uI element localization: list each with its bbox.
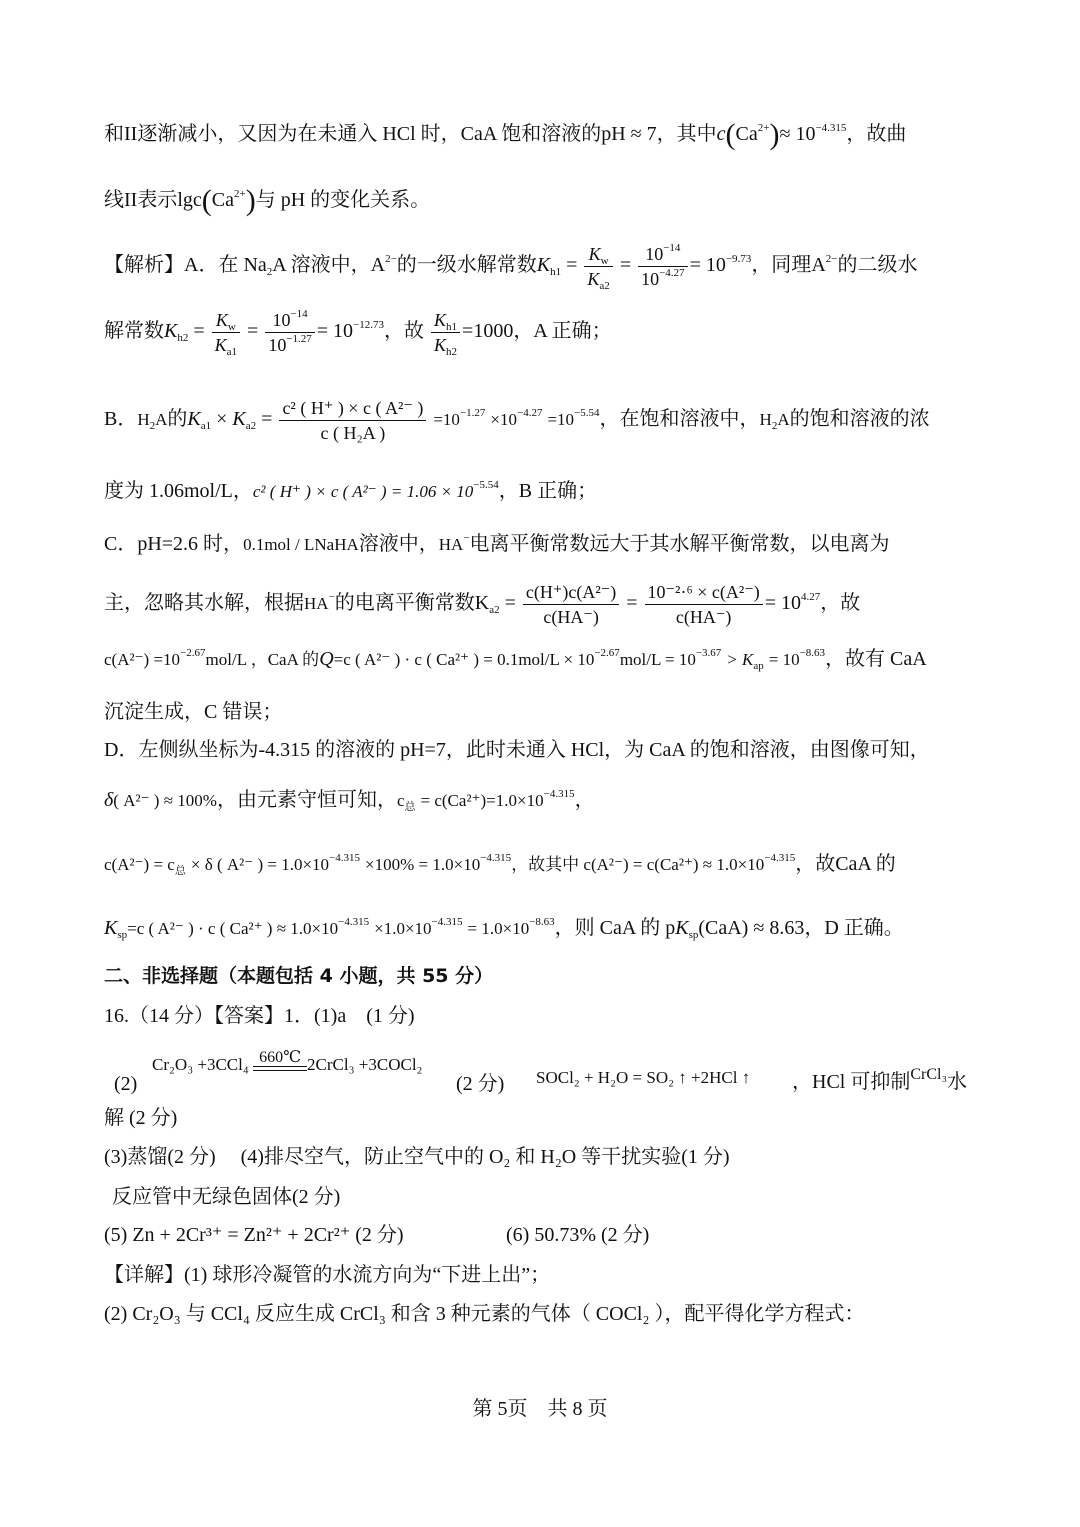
- text: ，A 正确；: [513, 320, 611, 342]
- fraction: 10−1410−1.27: [265, 308, 314, 357]
- analysis-c-line1: C．pH=2.6 时，0.1mol / LNaHA溶液中，HA−电离平衡常数远大…: [104, 530, 980, 559]
- equation-2: SOCl₂ + H₂O = SO₂ ↑ +2HCl ↑: [536, 1064, 750, 1092]
- math: Ca: [736, 123, 758, 145]
- text: ，故有 CaA: [825, 648, 927, 670]
- score: (2 分): [456, 1070, 504, 1098]
- sup: 2+: [234, 188, 246, 200]
- math: δ: [104, 789, 113, 811]
- denominator: c(HA⁻): [645, 605, 763, 629]
- analysis-a-line2: 解常数Kh2 = KwKa1 = 10−1410−1.27= 10−12.73，…: [104, 308, 980, 357]
- math: 10: [641, 269, 659, 289]
- page-number: 第 5页: [473, 1398, 528, 1420]
- text: 水: [947, 1071, 967, 1093]
- text: 和II逐渐减小，又因为在未通入 HCl 时，CaA 饱和溶液的: [104, 123, 601, 145]
- sub: a2: [246, 420, 256, 432]
- text: ，故: [820, 592, 860, 614]
- sub: ap: [753, 660, 763, 672]
- math: HA: [439, 535, 464, 554]
- eq-left: Cr₂O₃ +3CCl₄: [152, 1055, 249, 1074]
- text: 电离平衡常数远大于其水解平衡常数，以电离为: [470, 533, 890, 555]
- sup: −4.315: [480, 852, 511, 864]
- fraction: c² ( H⁺ ) × c ( A²⁻ )c ( H₂A ): [279, 396, 426, 445]
- math: K: [587, 269, 599, 289]
- sub: 总: [405, 801, 416, 813]
- sup: −2.67: [180, 647, 205, 659]
- math: =10: [433, 410, 460, 429]
- text: 解 (2 分): [104, 1107, 177, 1129]
- sub: a1: [201, 420, 211, 432]
- math: A: [811, 254, 825, 276]
- sub: h1: [550, 266, 561, 278]
- fraction: Kh1Kh2: [431, 308, 460, 357]
- math: ，故其中 c(A²⁻) = c(Ca²⁺) ≈ 1.0×10: [511, 855, 764, 874]
- text: ，D 正确。: [804, 917, 903, 939]
- denominator: c ( H₂A ): [279, 421, 426, 445]
- math: ×10: [490, 410, 517, 429]
- text: 解常数: [104, 320, 164, 342]
- part-label: (2): [114, 1070, 137, 1098]
- q16-part2-cont: 解 (2 分): [104, 1104, 980, 1132]
- sup: −4.27: [659, 267, 684, 279]
- page-footer: 第 5页 共 8 页: [0, 1392, 1080, 1421]
- sup: −1.27: [286, 333, 311, 345]
- sup: −14: [663, 242, 680, 254]
- sup: −14: [290, 308, 307, 320]
- math: ×100% = 1.0×10: [365, 855, 480, 874]
- page-total: 共 8 页: [548, 1398, 608, 1420]
- text: ，故CaA 的: [795, 853, 896, 875]
- math: c(A²⁻) =10: [104, 650, 180, 669]
- analysis-d-line2: δ( A²⁻ ) ≈ 100%，由元素守恒可知，c总 = c(Ca²⁺)=1.0…: [104, 786, 980, 815]
- sup: −5.54: [473, 479, 498, 491]
- sup: −4.315: [329, 852, 360, 864]
- math: 10: [268, 335, 286, 355]
- analysis-c-line2: 主，忽略其水解，根据HA−的电离平衡常数Ka2 = c(H⁺)c(A²⁻)c(H…: [104, 580, 980, 629]
- text: 的: [167, 408, 187, 430]
- sup: −8.63: [800, 647, 825, 659]
- math: H: [137, 410, 149, 429]
- equation-1: Cr₂O₃ +3CCl₄ 660℃2CrCl₃ +3COCl₂: [152, 1050, 422, 1079]
- sub: sp: [117, 929, 127, 941]
- analysis-b-line1: B．H2A的Ka1 × Ka2 = c² ( H⁺ ) × c ( A²⁻ )c…: [104, 396, 980, 445]
- math: × δ ( A²⁻ ) = 1.0×10: [191, 855, 329, 874]
- text: mol/L ，CaA 的: [206, 650, 320, 669]
- math: 10: [645, 244, 663, 264]
- sup: −4.315: [764, 852, 795, 864]
- text: 沉淀生成，C 错误；: [104, 701, 282, 723]
- sup: −2.67: [594, 647, 619, 659]
- sup: 2+: [758, 122, 770, 134]
- text: 【详解】(1) 球形冷凝管的水流方向为“下进上出”；: [104, 1264, 550, 1286]
- math: Q: [319, 648, 333, 670]
- numerator: c(H⁺)c(A²⁻): [523, 580, 619, 605]
- math: K: [537, 254, 550, 276]
- p2-text: ，HCl 可抑制CrCl₃水: [792, 1068, 967, 1096]
- section-title: 二、非选择题（本题包括 4 小题，共 55 分）: [104, 965, 493, 987]
- text: D．左侧纵坐标为-4.315 的溶液的 pH=7，此时未通入 HCl，为 CaA…: [104, 739, 930, 761]
- fraction: KwKa2: [584, 242, 612, 291]
- math: ( A²⁻ ) ≈ 100%: [113, 791, 217, 810]
- math: K: [216, 310, 228, 330]
- denominator: c(HA⁻): [523, 605, 619, 629]
- text: 溶液中，: [359, 533, 439, 555]
- math: ×1.0×10: [374, 919, 431, 938]
- math: =10: [547, 410, 574, 429]
- text: ，B 正确；: [499, 480, 597, 502]
- analysis-d-line4: Ksp=c ( A²⁻ ) · c ( Ca²⁺ ) ≈ 1.0×10−4.31…: [104, 914, 980, 943]
- text: A．在 Na: [184, 254, 267, 276]
- text: ，故曲: [846, 123, 906, 145]
- analysis-d-line1: D．左侧纵坐标为-4.315 的溶液的 pH=7，此时未通入 HCl，为 CaA…: [104, 736, 980, 764]
- analysis-d-line3: c(A²⁻) = c总 × δ ( A²⁻ ) = 1.0×10−4.315 ×…: [104, 850, 980, 879]
- fraction: KwKa1: [212, 308, 240, 357]
- sub: a2: [599, 280, 609, 292]
- analysis-c-line3: c(A²⁻) =10−2.67mol/L ，CaA 的Q=c ( A²⁻ ) ·…: [104, 645, 980, 674]
- text: 反应管中无绿色固体(2 分): [112, 1186, 340, 1208]
- text: 的二级水: [837, 254, 917, 276]
- q16-detail-1: 【详解】(1) 球形冷凝管的水流方向为“下进上出”；: [104, 1261, 980, 1289]
- sub: w: [228, 321, 236, 333]
- math: = 10: [690, 254, 726, 276]
- math: K: [164, 320, 177, 342]
- sup: −8.63: [529, 916, 554, 928]
- analysis-b-line2: 度为 1.06mol/L，c² ( H⁺ ) × c ( A²⁻ ) = 1.0…: [104, 477, 980, 506]
- math: K: [589, 244, 601, 264]
- text: (2) Cr₂O₃ 与 CCl₄ 反应生成 CrCl₃ 和含 3 种元素的气体（…: [104, 1303, 864, 1325]
- sub: sp: [689, 929, 699, 941]
- text: (3)蒸馏(2 分) (4)排尽空气，防止空气中的 O₂ 和 H₂O 等干扰实验…: [104, 1146, 730, 1168]
- text: ，: [575, 789, 595, 811]
- analysis-c-line4: 沉淀生成，C 错误；: [104, 698, 980, 726]
- math: =c ( A²⁻ ) · c ( Ca²⁺ ) ≈ 1.0×10: [127, 919, 338, 938]
- math: A: [155, 410, 167, 429]
- fraction: 10⁻²·⁶ × c(A²⁻)c(HA⁻): [645, 580, 763, 629]
- math: (CaA) ≈ 8.63: [698, 917, 804, 939]
- math: > K: [726, 650, 753, 669]
- text: 的一级水解常数: [397, 254, 537, 276]
- condition-text: 660℃: [253, 1050, 307, 1066]
- sup: −9.73: [726, 253, 751, 265]
- sub: h2: [177, 332, 188, 344]
- math: K: [475, 592, 489, 614]
- sub: w: [601, 255, 609, 267]
- text-line: 和II逐渐减小，又因为在未通入 HCl 时，CaA 饱和溶液的pH ≈ 7，其中…: [104, 120, 980, 149]
- math: H: [760, 410, 772, 429]
- fraction: 10−1410−4.27: [638, 242, 687, 291]
- math: K: [434, 335, 446, 355]
- q16-part5-6: (5) Zn + 2Cr³⁺ = Zn²⁺ + 2Cr²⁺ (2 分) (6) …: [104, 1221, 980, 1249]
- math: c: [397, 791, 405, 810]
- sup: 2−: [826, 253, 838, 265]
- text: 的饱和溶液的浓: [790, 408, 930, 430]
- numerator: c² ( H⁺ ) × c ( A²⁻ ): [279, 396, 426, 421]
- sub: h1: [446, 321, 457, 333]
- math: CrCl₃: [910, 1066, 947, 1083]
- math-ph: pH ≈ 7: [601, 123, 656, 145]
- text: ，在饱和溶液中，: [600, 408, 760, 430]
- sub: a2: [489, 604, 499, 616]
- text: 主，忽略其水解，根据: [104, 592, 304, 614]
- eq-right: 2CrCl₃ +3COCl₂: [307, 1055, 422, 1074]
- math: K: [215, 335, 227, 355]
- math: mol/L = 10: [620, 650, 696, 669]
- sup: −1.27: [460, 407, 485, 419]
- math: K: [434, 310, 446, 330]
- sub: 总: [175, 865, 186, 877]
- reaction-condition: 660℃: [253, 1050, 307, 1079]
- sup: −4.315: [815, 122, 846, 134]
- math: =c ( A²⁻ ) · c ( Ca²⁺ ) = 0.1mol/L × 10: [334, 650, 595, 669]
- text: 的电离平衡常数: [335, 592, 475, 614]
- math: = c(Ca²⁺)=1.0×10: [421, 791, 544, 810]
- text: ，HCl 可抑制: [792, 1071, 910, 1093]
- q16-part4-cont: 反应管中无绿色固体(2 分): [112, 1183, 980, 1211]
- math-c: c: [717, 123, 726, 145]
- math: = 10: [317, 320, 353, 342]
- sup: −3.67: [696, 647, 721, 659]
- math: =1000: [462, 320, 513, 342]
- sup: −4.315: [432, 916, 463, 928]
- tag-analysis: 【解析】: [104, 254, 184, 276]
- sup: −12.73: [353, 319, 384, 331]
- math: c² ( H⁺ ) × c ( A²⁻ ) = 1.06 × 10: [253, 482, 473, 501]
- q16-part2: (2) Cr₂O₃ +3CCl₄ 660℃2CrCl₃ +3COCl₂ (2 分…: [104, 1046, 980, 1096]
- text: ，故: [384, 320, 424, 342]
- text: 线II表示: [104, 189, 177, 211]
- sup: −4.27: [517, 407, 542, 419]
- sup: −4.315: [544, 788, 575, 800]
- math: = 1.0×10: [468, 919, 530, 938]
- text: ，同理: [751, 254, 811, 276]
- question-header: 16.（14 分）【答案】1．(1)a (1 分): [104, 1005, 415, 1027]
- text-line: 线II表示lgc(Ca2+)与 pH 的变化关系。: [104, 186, 980, 215]
- q16-part3-4: (3)蒸馏(2 分) (4)排尽空气，防止空气中的 O₂ 和 H₂O 等干扰实验…: [104, 1143, 980, 1171]
- math: c(A²⁻) = c: [104, 855, 175, 874]
- q16-detail-2: (2) Cr₂O₃ 与 CCl₄ 反应生成 CrCl₃ 和含 3 种元素的气体（…: [104, 1300, 980, 1328]
- text: (5) Zn + 2Cr³⁺ = Zn²⁺ + 2Cr²⁺ (2 分): [104, 1224, 404, 1246]
- text: 度为 1.06mol/L，: [104, 480, 253, 502]
- section-heading: 二、非选择题（本题包括 4 小题，共 55 分）: [104, 962, 980, 990]
- math: lgc: [177, 189, 201, 211]
- math: K: [104, 917, 117, 939]
- numerator: 10⁻²·⁶ × c(A²⁻): [645, 580, 763, 605]
- text: 与 pH 的变化关系。: [256, 189, 430, 211]
- sub: a1: [227, 346, 237, 358]
- text: B．: [104, 408, 137, 430]
- text: ，则 CaA 的 p: [555, 917, 676, 939]
- math: = 10: [769, 650, 800, 669]
- math: 0.1mol / LNaHA: [243, 535, 359, 554]
- q16-header: 16.（14 分）【答案】1．(1)a (1 分): [104, 1002, 980, 1030]
- fraction: c(H⁺)c(A²⁻)c(HA⁻): [523, 580, 619, 629]
- analysis-a-line1: 【解析】A．在 Na2A 溶液中，A2−的一级水解常数Kh1 = KwKa2 =…: [104, 242, 980, 291]
- sup: 2−: [385, 253, 397, 265]
- sup: −4.315: [338, 916, 369, 928]
- math: 10: [272, 310, 290, 330]
- math: Ca: [212, 189, 234, 211]
- sup: −5.54: [574, 407, 599, 419]
- math: A: [777, 410, 789, 429]
- sub: h2: [446, 346, 457, 358]
- text: C．pH=2.6 时，: [104, 533, 243, 555]
- text: (6) 50.73% (2 分): [506, 1221, 649, 1249]
- sup: 4.27: [801, 591, 820, 603]
- text: ，由元素守恒可知，: [217, 789, 397, 811]
- math: = 10: [765, 592, 801, 614]
- math: HA: [304, 594, 329, 613]
- math: A: [371, 254, 385, 276]
- math: ≈ 10: [779, 123, 815, 145]
- text: ，其中: [657, 123, 717, 145]
- text: A 溶液中，: [272, 254, 370, 276]
